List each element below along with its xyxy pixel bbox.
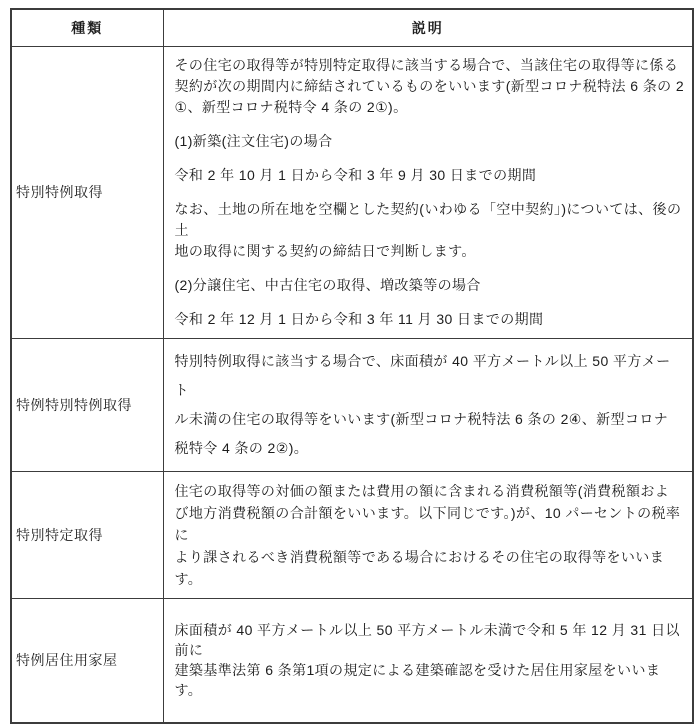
type-cell: 特別特定取得	[11, 471, 163, 598]
paragraph: なお、土地の所在地を空欄とした契約(いわゆる「空中契約」)については、後の土 地…	[175, 199, 685, 262]
table-row-tokurei-kyojuyo-kaoku: 特例居住用家屋 床面積が 40 平方メートル以上 50 平方メートル未満で令和 …	[11, 598, 693, 723]
paragraph: 令和 2 年 12 月 1 日から令和 3 年 11 月 30 日までの期間	[175, 309, 685, 330]
paragraph: 住宅の取得等の対価の額または費用の額に含まれる消費税額等(消費税額およ び地方消…	[175, 480, 685, 590]
document-page: 種類 説明 特別特例取得 その住宅の取得等が特別特定取得に該当する場合で、当該住…	[0, 0, 700, 663]
paragraph: 令和 2 年 10 月 1 日から令和 3 年 9 月 30 日までの期間	[175, 165, 685, 186]
paragraph: その住宅の取得等が特別特定取得に該当する場合で、当該住宅の取得等に係る 契約が次…	[175, 55, 685, 118]
paragraph: 特別特例取得に該当する場合で、床面積が 40 平方メートル以上 50 平方メート…	[175, 347, 685, 463]
description-cell: その住宅の取得等が特別特定取得に該当する場合で、当該住宅の取得等に係る 契約が次…	[163, 46, 693, 338]
description-cell: 特別特例取得に該当する場合で、床面積が 40 平方メートル以上 50 平方メート…	[163, 338, 693, 471]
type-cell: 特例居住用家屋	[11, 598, 163, 723]
table-row-tokubetsu-tokurei-shutoku: 特別特例取得 その住宅の取得等が特別特定取得に該当する場合で、当該住宅の取得等に…	[11, 46, 693, 338]
description-cell: 床面積が 40 平方メートル以上 50 平方メートル未満で令和 5 年 12 月…	[163, 598, 693, 723]
table-header-row: 種類 説明	[11, 9, 693, 46]
paragraph: (1)新築(注文住宅)の場合	[175, 131, 685, 152]
paragraph: (2)分譲住宅、中古住宅の取得、増改築等の場合	[175, 275, 685, 296]
paragraph: 床面積が 40 平方メートル以上 50 平方メートル未満で令和 5 年 12 月…	[175, 620, 685, 700]
description-cell: 住宅の取得等の対価の額または費用の額に含まれる消費税額等(消費税額およ び地方消…	[163, 471, 693, 598]
column-header-type: 種類	[11, 9, 163, 46]
type-cell: 特例特別特例取得	[11, 338, 163, 471]
definition-table: 種類 説明 特別特例取得 その住宅の取得等が特別特定取得に該当する場合で、当該住…	[10, 8, 694, 724]
table-row-tokurei-tokubetsu-tokurei-shutoku: 特例特別特例取得 特別特例取得に該当する場合で、床面積が 40 平方メートル以上…	[11, 338, 693, 471]
column-header-description: 説明	[163, 9, 693, 46]
table-row-tokubetsu-tokutei-shutoku: 特別特定取得 住宅の取得等の対価の額または費用の額に含まれる消費税額等(消費税額…	[11, 471, 693, 598]
type-cell: 特別特例取得	[11, 46, 163, 338]
